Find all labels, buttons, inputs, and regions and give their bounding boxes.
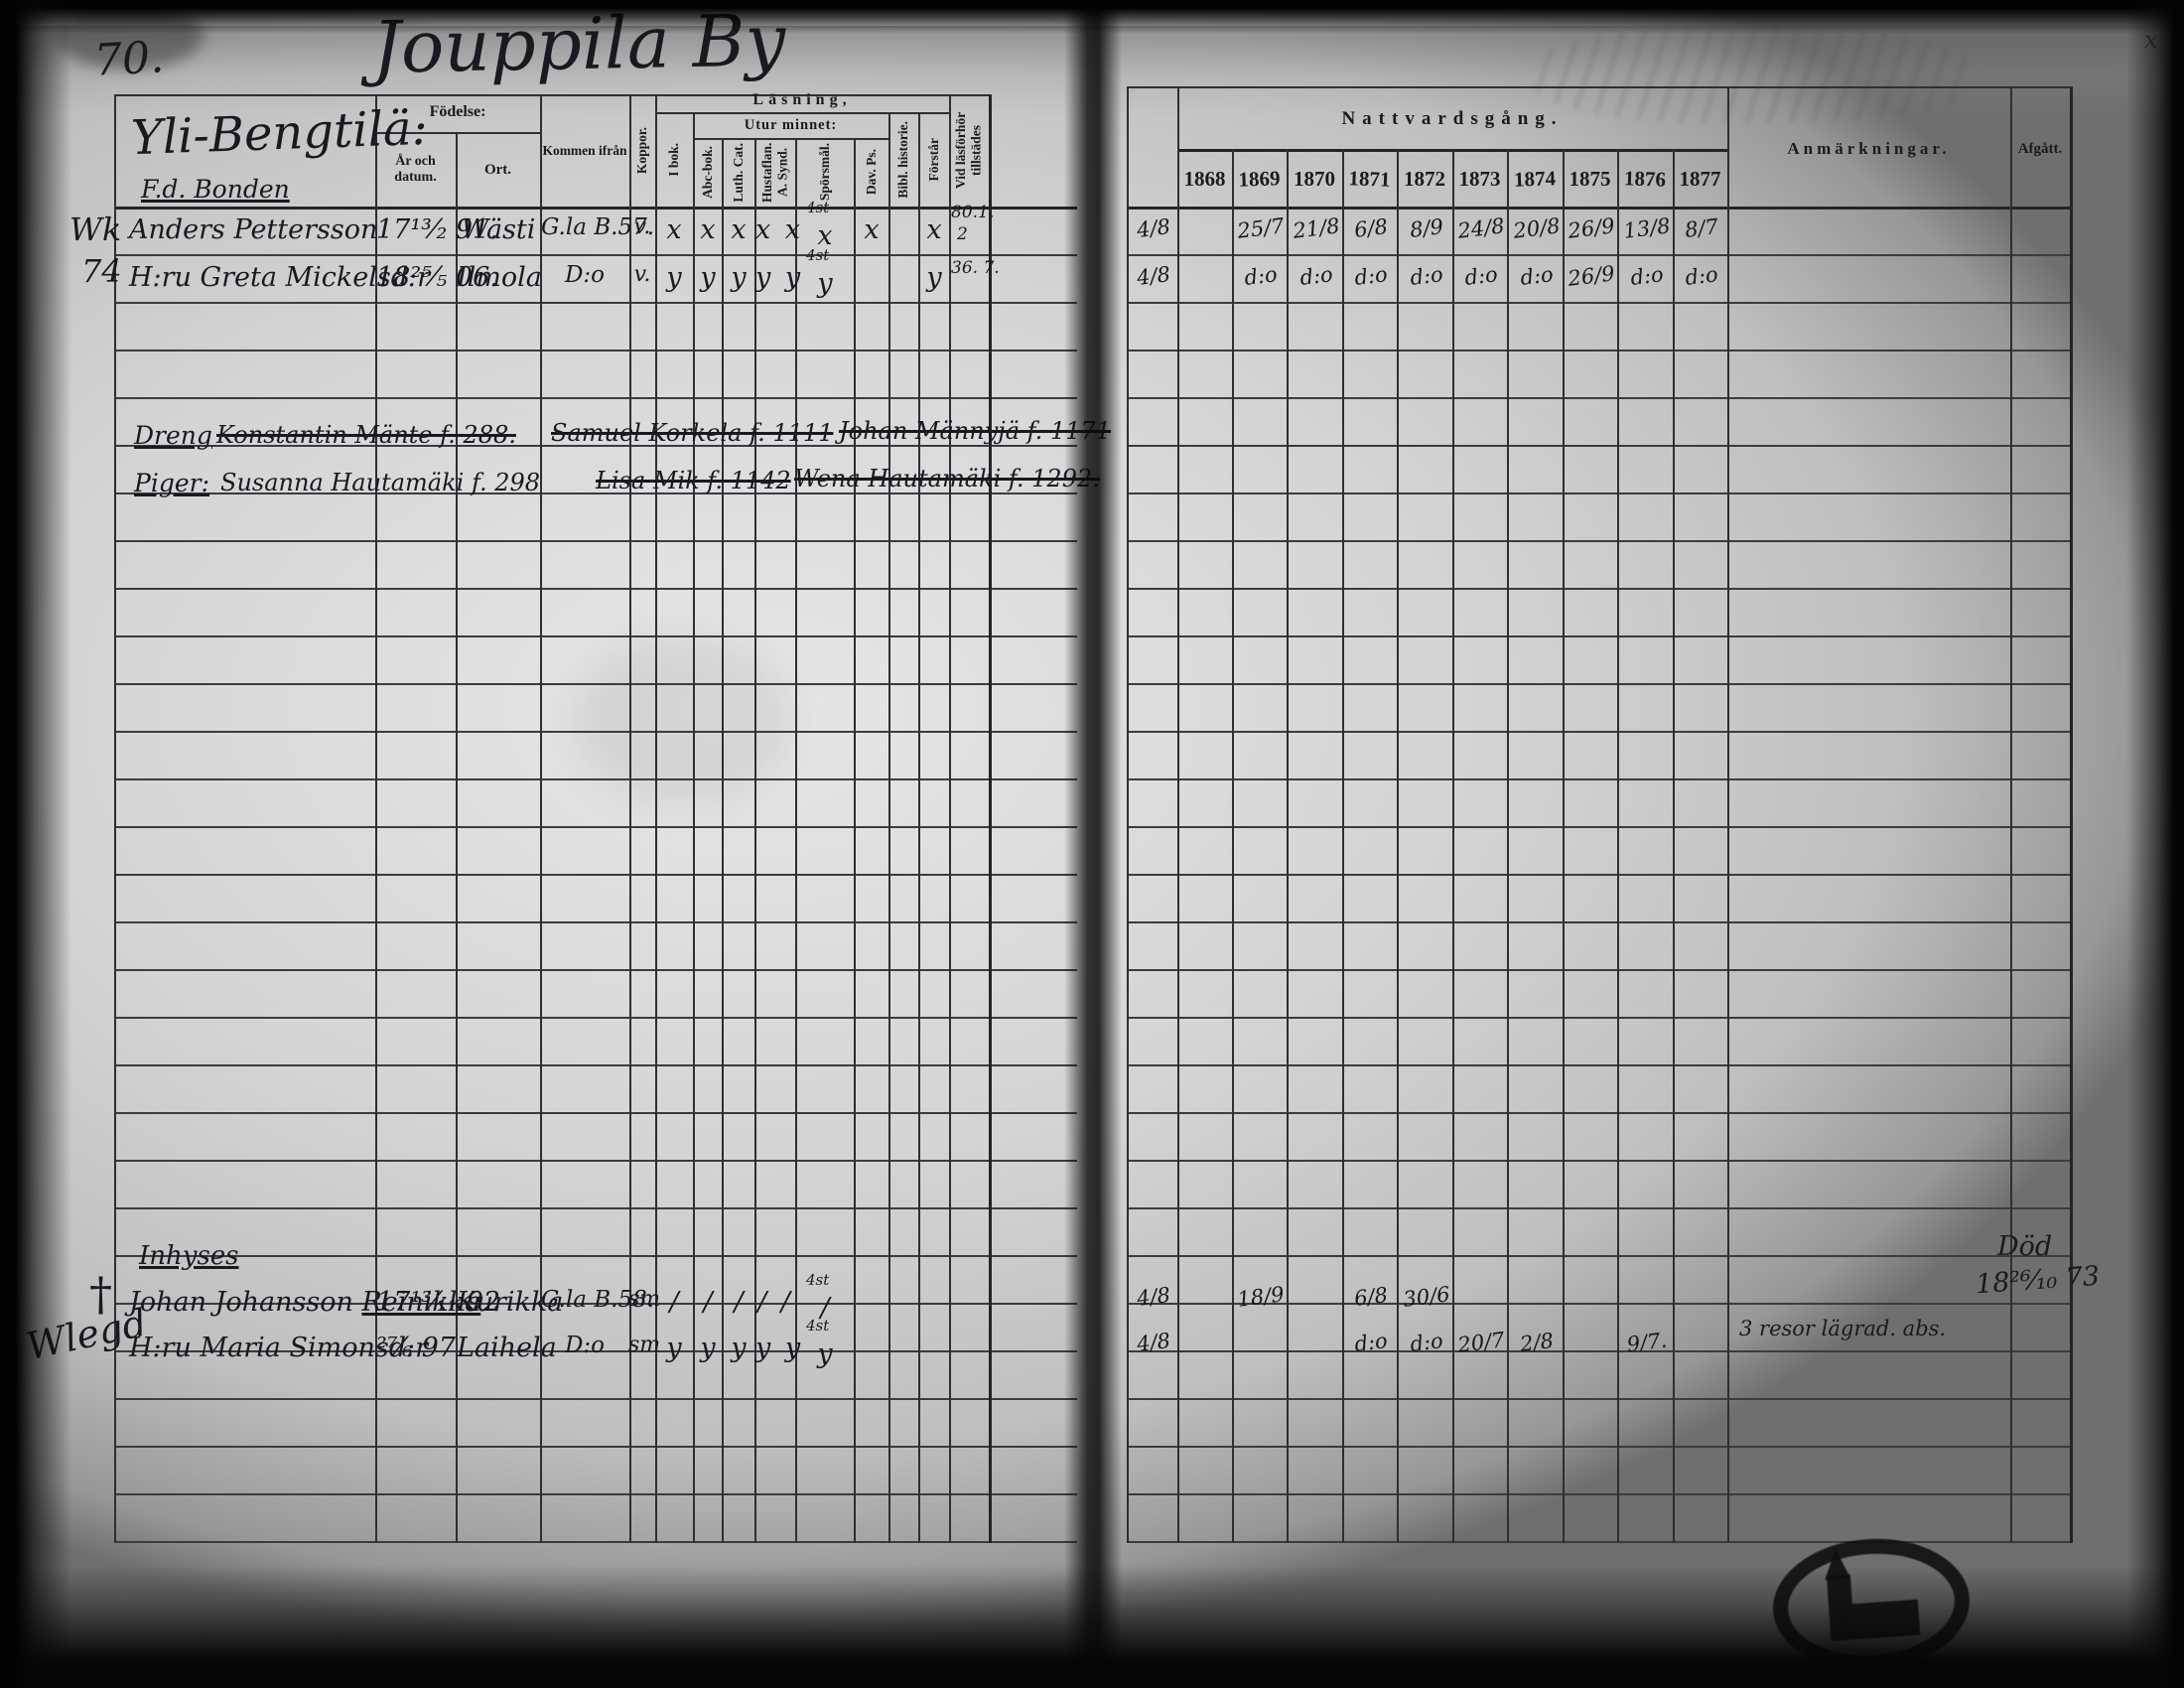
servant-entry: Susanna Hautamäki f. 298 xyxy=(220,469,540,496)
year-header-1871: 1871 xyxy=(1341,156,1398,202)
servant-entry: Samuel Korkela f. 1111 xyxy=(551,419,833,447)
communion-date: 21/8 xyxy=(1290,213,1344,243)
communion-date: d:o xyxy=(1675,261,1729,291)
year-header-1869: 1869 xyxy=(1231,156,1288,202)
stamp-church-nave xyxy=(1852,1600,1920,1640)
communion-date: 13/8 xyxy=(1620,213,1675,243)
page-number: 70. xyxy=(93,32,166,86)
remark-note: 3 resor lägrad. abs. xyxy=(1739,1317,1946,1340)
communion-date: 30/6 xyxy=(1400,1282,1454,1312)
year-header-1874: 1874 xyxy=(1506,156,1564,202)
scan-edge-top xyxy=(0,0,2184,34)
communion-date: d:o xyxy=(1620,261,1675,291)
header-sporsmal: Spörsmål. xyxy=(795,138,854,207)
year-header-1877: 1877 xyxy=(1673,157,1727,201)
ledger-scan: Födelse: År och datum. Ort. Kommen ifrån… xyxy=(0,0,2184,1688)
church-seal-stamp xyxy=(1769,1532,1975,1676)
year-header-1875: 1875 xyxy=(1563,157,1617,201)
farm-name: Yli-Bengtilä: xyxy=(130,100,428,166)
grid-line xyxy=(114,207,1077,210)
communion-date: 26/9 xyxy=(1565,261,1619,291)
stamp-church-tower xyxy=(1827,1574,1855,1641)
communion-date: 4/8 xyxy=(1127,261,1181,291)
header-koppor: Koppor. xyxy=(629,94,655,207)
header-ort: Ort. xyxy=(456,139,540,201)
communion-date: 26/9 xyxy=(1565,213,1619,243)
servant-row-label: Dreng xyxy=(134,421,212,450)
communion-date: d:o xyxy=(1510,261,1565,291)
servant-entry: Konstantin Mänte f. 288. xyxy=(216,421,516,449)
communion-date: 6/8 xyxy=(1344,1282,1399,1312)
communion-date: 4/8 xyxy=(1127,1282,1181,1312)
header-afgatt: Afgått. xyxy=(2010,129,2070,169)
servant-entry: Lisa Mik f. 1142 xyxy=(596,467,791,494)
communion-date: d:o xyxy=(1234,261,1289,291)
communion-date: 2/8 xyxy=(1510,1328,1565,1357)
header-utur-minnet: Utur minnet: xyxy=(693,113,888,137)
communion-row-greta: 4/8 d:o d:o d:o d:o d:o d:o 26/9 d:o d:o xyxy=(0,260,2184,306)
communion-date: 4/8 xyxy=(1127,213,1181,243)
communion-date: 9/7. xyxy=(1620,1328,1675,1357)
servant-row-label: Piger: xyxy=(134,469,209,497)
communion-date: d:o xyxy=(1400,261,1454,291)
header-lasning: Läsning, xyxy=(655,88,949,111)
header-i-bok: I bok. xyxy=(655,112,693,207)
header-abc-bok: Abc-bok. xyxy=(693,138,722,207)
year-header-1868: 1868 xyxy=(1177,157,1232,201)
communion-date: d:o xyxy=(1290,261,1344,291)
servant-entry: Johan Männyjä f. 1171 xyxy=(839,417,1111,445)
communion-date: 25/7 xyxy=(1234,213,1289,243)
grid-line xyxy=(1127,86,2070,88)
header-anmarkningar: Anmärkningar. xyxy=(1727,129,2010,169)
header-forstar: Förstår xyxy=(918,112,949,207)
year-header-1876: 1876 xyxy=(1616,156,1674,202)
header-vid-lasforhor: Vid läsförhör tillstädes xyxy=(949,94,989,207)
header-bibl-historie: Bibl. historie. xyxy=(888,112,918,207)
header-dav-ps: Dav. Ps. xyxy=(854,138,888,207)
grid-line xyxy=(1127,207,2070,210)
communion-date: 24/8 xyxy=(1454,213,1509,243)
servant-entry: Wena Hautamäki f. 1292. xyxy=(794,465,1100,492)
communion-date: 8/9 xyxy=(1400,213,1454,243)
communion-date: 20/7 xyxy=(1454,1328,1509,1357)
header-hustaflan: Hustaflan. A. Synd. xyxy=(754,138,795,207)
header-nattvardsgang: Nattvardsgång. xyxy=(1177,94,1727,144)
afgatt-note: Död xyxy=(1997,1231,2052,1262)
communion-date: d:o xyxy=(1454,261,1509,291)
communion-date: 8/7 xyxy=(1675,213,1729,243)
year-header-1870: 1870 xyxy=(1287,157,1342,201)
communion-date: 18/9 xyxy=(1234,1282,1289,1312)
header-kommen-ifran: Kommen ifrån xyxy=(540,94,629,207)
year-header-1872: 1872 xyxy=(1397,157,1452,201)
communion-date: d:o xyxy=(1344,261,1399,291)
year-header-1873: 1873 xyxy=(1452,157,1507,201)
communion-date: 20/8 xyxy=(1510,213,1565,243)
farm-subtitle: F.d. Bonden xyxy=(141,175,290,204)
communion-date: d:o xyxy=(1344,1328,1399,1357)
village-title: Jouppila By xyxy=(371,0,786,89)
communion-date: 4/8 xyxy=(1127,1328,1181,1357)
communion-row-anders: 4/8 25/7 21/8 6/8 8/9 24/8 20/8 26/9 13/… xyxy=(0,212,2184,258)
corner-mark: x xyxy=(2144,26,2158,54)
section-label-inhyses: Inhyses xyxy=(139,1241,239,1271)
communion-date: 6/8 xyxy=(1344,213,1399,243)
communion-date: d:o xyxy=(1400,1328,1454,1357)
header-luth-cat: Luth. Cat. xyxy=(722,138,754,207)
